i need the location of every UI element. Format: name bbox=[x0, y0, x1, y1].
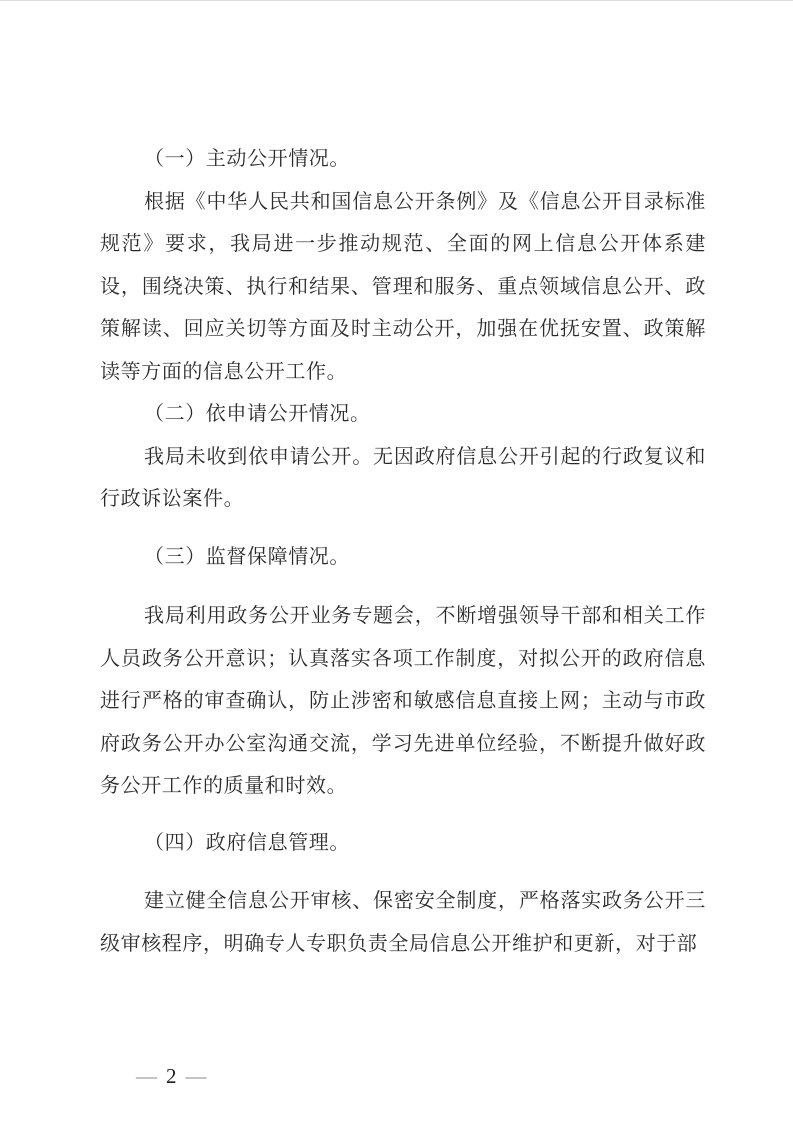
section-2-paragraph: 我局未收到依申请公开。无因政府信息公开引起的行政复议和行政诉讼案件。 bbox=[100, 436, 706, 521]
document-page: （一）主动公开情况。 根据《中华人民共和国信息公开条例》及《信息公开目录标准规范… bbox=[0, 0, 793, 1123]
section-3-heading: （三）监督保障情况。 bbox=[100, 536, 706, 579]
section-4-paragraph: 建立健全信息公开审核、保密安全制度，严格落实政务公开三级审核程序，明确专人专职负… bbox=[100, 880, 706, 965]
document-body: （一）主动公开情况。 根据《中华人民共和国信息公开条例》及《信息公开目录标准规范… bbox=[100, 138, 706, 965]
page-number: —2— bbox=[100, 1037, 216, 1115]
page-number-right-dash: — bbox=[179, 1064, 216, 1088]
section-1-paragraph: 根据《中华人民共和国信息公开条例》及《信息公开目录标准规范》要求，我局进一步推动… bbox=[100, 181, 706, 394]
page-number-left-dash: — bbox=[129, 1064, 166, 1088]
section-2-heading: （二）依申请公开情况。 bbox=[100, 393, 706, 436]
section-3-paragraph: 我局利用政务公开业务专题会，不断增强领导干部和相关工作人员政务公开意识；认真落实… bbox=[100, 595, 706, 808]
section-1-heading: （一）主动公开情况。 bbox=[100, 138, 706, 181]
section-4-heading: （四）政府信息管理。 bbox=[100, 822, 706, 865]
page-number-value: 2 bbox=[166, 1064, 179, 1088]
